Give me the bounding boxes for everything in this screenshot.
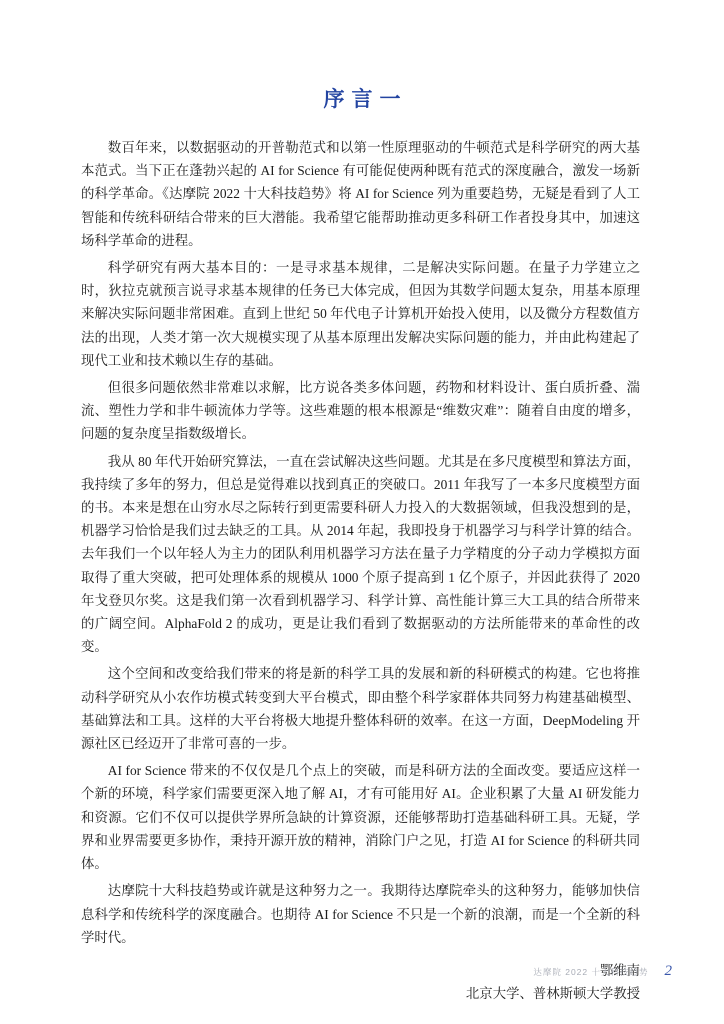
paragraph-4: 我从 80 年代开始研究算法，一直在尝试解决这些问题。尤其是在多尺度模型和算法方… [81,450,640,659]
footer-booklet-title: 达摩院 2022 十大科技趋势 [533,966,648,978]
paragraph-5: 这个空间和改变给我们带来的将是新的科学工具的发展和新的科研模式的构建。它也将推动… [81,662,640,755]
paragraph-2: 科学研究有两大基本目的：一是寻求基本规律，二是解决实际问题。在量子力学建立之时，… [81,256,640,372]
preface-body: 数百年来，以数据驱动的开普勒范式和以第一性原理驱动的牛顿范式是科学研究的两大基本… [81,136,640,1005]
page-number: 2 [665,963,673,980]
signature-affiliation: 北京大学、普林斯顿大学教授 [81,982,640,1005]
page-title: 序言一 [0,83,724,113]
paragraph-7: 达摩院十大科技趋势或许就是这种努力之一。我期待达摩院牵头的这种努力，能够加快信息… [81,879,640,949]
page-footer: 达摩院 2022 十大科技趋势 2 [533,963,672,980]
paragraph-6: AI for Science 带来的不仅仅是几个点上的突破，而是科研方法的全面改… [81,759,640,875]
paragraph-3: 但很多问题依然非常难以求解，比方说各类多体问题，药物和材料设计、蛋白质折叠、湍流… [81,376,640,446]
paragraph-1: 数百年来，以数据驱动的开普勒范式和以第一性原理驱动的牛顿范式是科学研究的两大基本… [81,136,640,252]
document-page: 序言一 数百年来，以数据驱动的开普勒范式和以第一性原理驱动的牛顿范式是科学研究的… [0,0,724,1024]
